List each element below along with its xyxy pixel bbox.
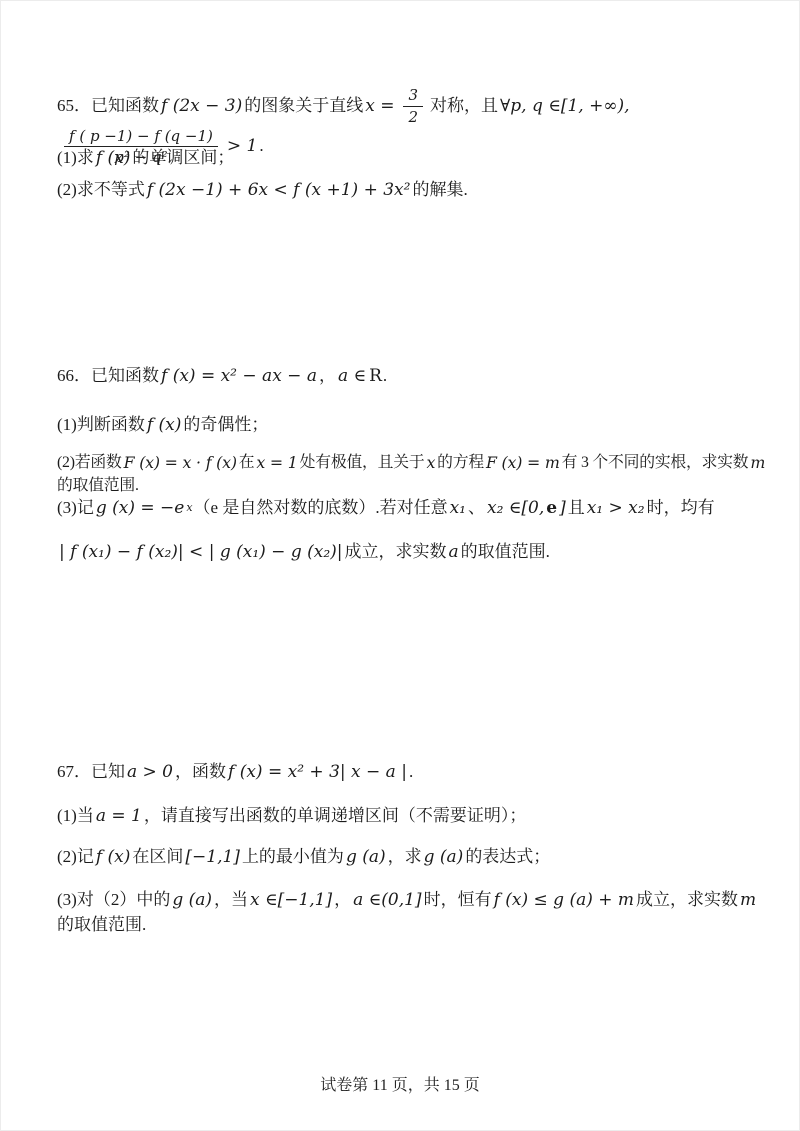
problem-67-part1: (1)当a = 1，请直接写出函数的单调递增区间（不需要证明）； [57,804,770,829]
page-footer: 试卷第 11 页，共 15 页 [0,1072,800,1095]
problem-67-part2: (2)记f (x)在区间[−1,1]上的最小值为g (a)，求g (a)的表达式… [57,845,770,870]
problem-66-part2: (2)若函数F (x) = x · f (x)在x = 1处有极值，且关于x的方… [57,452,770,498]
problem-65-part2: (2)求不等式f (2x −1) + 6x < f (x +1) + 3x²的解… [57,178,770,203]
problem-66-part3-line1: (3)记g (x) = −ex（e 是自然对数的底数）.若对任意x₁、x₂ ∈[… [57,496,770,521]
problem-65-part1: (1)求f (x)的单调区间； [57,146,770,171]
fraction: 32 [401,86,425,127]
problem-67-stem: 67．已知a > 0，函数f (x) = x² + 3| x − a |. [57,760,770,785]
problem-66-part3-line2: | f (x₁) − f (x₂)| < | g (x₁) − g (x₂)|成… [57,540,770,565]
problem-66-stem: 66．已知函数f (x) = x² − ax − a，a ∈R. [57,364,770,389]
problem-66-part1: (1)判断函数f (x)的奇偶性； [57,413,770,438]
problem-67-part3: (3)对（2）中的g (a)，当x ∈[−1,1]，a ∈(0,1]时，恒有f … [57,888,770,937]
exam-page: 65．已知函数f (2x − 3)的图象关于直线x =32对称，且∀p, q ∈… [0,0,800,1131]
